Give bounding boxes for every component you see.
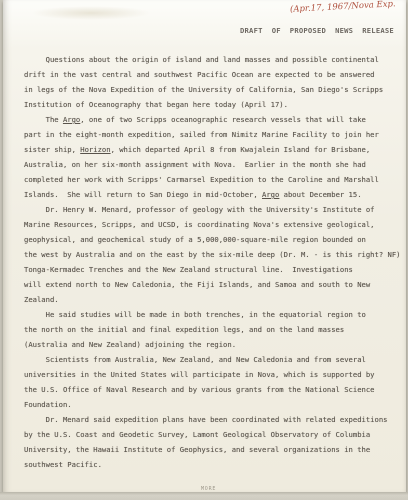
scanned-page: (Apr.17, 1967/Nova Exp. DRAFT OF PROPOSE… xyxy=(3,0,406,492)
document-title: DRAFT OF PROPOSED NEWS RELEASE xyxy=(240,26,394,35)
text-line: Australia, on her six-month assignment w… xyxy=(24,157,406,172)
text-line: Tonga-Kermadec Trenches and the New Zeal… xyxy=(24,262,406,277)
text-line: the U.S. Office of Naval Research and by… xyxy=(24,382,406,397)
text-line: Scientists from Australia, New Zealand, … xyxy=(24,352,406,367)
handwritten-date-annotation: (Apr.17, 1967/Nova Exp. xyxy=(290,0,396,15)
text-line: sister ship, Horizon, which departed Apr… xyxy=(24,142,406,157)
text-line: Questions about the origin of island and… xyxy=(24,52,406,67)
text-line: Zealand. xyxy=(24,292,406,307)
text-line: drift in the vast central and southwest … xyxy=(24,67,406,82)
text-line: completed her work with Scripps' Carmars… xyxy=(24,172,406,187)
text-line: by the U.S. Coast and Geodetic Survey, L… xyxy=(24,427,406,442)
text-line: Dr. Henry W. Menard, professor of geolog… xyxy=(24,202,406,217)
text-line: Islands. She will return to San Diego in… xyxy=(24,187,406,202)
text-line: He said studies will be made in both tre… xyxy=(24,307,406,322)
page-bottom-edge xyxy=(0,492,408,500)
text-line: the north on the initial and final exped… xyxy=(24,322,406,337)
text-line: The Argo, one of two Scripps oceanograph… xyxy=(24,112,406,127)
document-body: Questions about the origin of island and… xyxy=(24,52,406,472)
text-line: southwest Pacific. xyxy=(24,457,406,472)
text-line: will extend north to New Caledonia, the … xyxy=(24,277,406,292)
text-line: Foundation. xyxy=(24,397,406,412)
scan-smudge xyxy=(31,6,151,20)
text-line: universities in the United States will p… xyxy=(24,367,406,382)
text-line: in legs of the Nova Expedition of the Un… xyxy=(24,82,406,97)
text-line: Institution of Oceanography that began h… xyxy=(24,97,406,112)
text-line: University, the Hawaii Institute of Geop… xyxy=(24,442,406,457)
text-line: Marine Resources, Scripps, and UCSD, is … xyxy=(24,217,406,232)
text-line: the west by Australia and on the east by… xyxy=(24,247,406,262)
text-line: Dr. Menard said expedition plans have be… xyxy=(24,412,406,427)
text-line: geophysical, and geochemical study of a … xyxy=(24,232,406,247)
text-line: part in the eight-month expedition, sail… xyxy=(24,127,406,142)
text-line: (Australia and New Zealand) adjoining th… xyxy=(24,337,406,352)
